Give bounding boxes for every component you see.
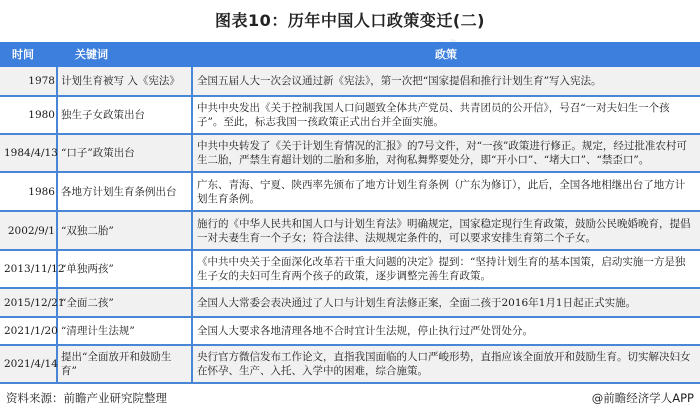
cell-policy: 施行的《中华人民共和国人口与计划生育法》明确规定，国家稳定现行生育政策，鼓励公民… (192, 211, 700, 250)
header-keyword: 关键词 (57, 42, 192, 67)
credit-note: @前瞻经济学人APP (592, 390, 694, 406)
cell-time: 2013/11/12 (0, 250, 57, 288)
cell-keyword: “双独二胎” (57, 211, 192, 250)
cell-policy: 《中共中央关于全面深化改革若干重大问题的决定》提到：“坚持计划生育的基本国策，启… (192, 250, 700, 288)
source-note: 资料来源：前瞻产业研究院整理 (6, 390, 167, 406)
cell-time: 2015/12/21 (0, 288, 57, 317)
table-row: 1986 各地方计划生育条例出台 广东、青海、宁夏、陕西率先颁布了地方计划生育条… (0, 172, 700, 211)
cell-time: 2002/9/1 (0, 211, 57, 250)
cell-keyword: 各地方计划生育条例出台 (57, 172, 192, 211)
policy-table: 时间 关键词 政策 1978 计划生育被写 入《宪法》 全国五届人大一次会议通过… (0, 42, 700, 384)
cell-time: 2021/1/20 (0, 317, 57, 345)
table-row: 2021/4/14 提出“全面放开和鼓励生育” 央行官方微信发布工作论文，直指我… (0, 345, 700, 383)
table-row: 2002/9/1 “双独二胎” 施行的《中华人民共和国人口与计划生育法》明确规定… (0, 211, 700, 250)
cell-keyword: 计划生育被写 入《宪法》 (57, 67, 192, 96)
header-policy: 政策 (192, 42, 700, 67)
cell-keyword: 提出“全面放开和鼓励生育” (57, 345, 192, 383)
cell-policy: 中共中央发出《关于控制我国人口问题致全体共产党员、共青团员的公开信》，号召“一对… (192, 96, 700, 134)
header-time: 时间 (0, 42, 57, 67)
cell-time: 2021/4/14 (0, 345, 57, 383)
table-row: 1984/4/13 “口子”政策出台 中共中央转发了《关于计划生育情况的汇报》的… (0, 134, 700, 172)
table-row: 1978 计划生育被写 入《宪法》 全国五届人大一次会议通过新《宪法》，第一次把… (0, 67, 700, 96)
table-header-row: 时间 关键词 政策 (0, 42, 700, 67)
cell-time: 1986 (0, 172, 57, 211)
table-row: 2015/12/21 “全面二孩” 全国人大常委会表决通过了人口与计划生育法修正… (0, 288, 700, 317)
cell-policy: 全国人大要求各地清理各地不合时宜计生法规，停止执行过严处罚处分。 (192, 317, 700, 345)
chart-title: 图表10：历年中国人口政策变迁(二) (0, 8, 700, 31)
cell-time: 1978 (0, 67, 57, 96)
table-row: 1980 独生子女政策出台 中共中央发出《关于控制我国人口问题致全体共产党员、共… (0, 96, 700, 134)
cell-policy: 全国五届人大一次会议通过新《宪法》，第一次把“国家提倡和推行计划生育”写入宪法。 (192, 67, 700, 96)
cell-policy: 全国人大常委会表决通过了人口与计划生育法修正案，全面二孩于2016年1月1日起正… (192, 288, 700, 317)
cell-keyword: “清理计生法规” (57, 317, 192, 345)
cell-time: 1980 (0, 96, 57, 134)
cell-keyword: “单独两孩” (57, 250, 192, 288)
cell-keyword: 独生子女政策出台 (57, 96, 192, 134)
table-row: 2021/1/20 “清理计生法规” 全国人大要求各地清理各地不合时宜计生法规，… (0, 317, 700, 345)
table-row: 2013/11/12 “单独两孩” 《中共中央关于全面深化改革若干重大问题的决定… (0, 250, 700, 288)
cell-policy: 央行官方微信发布工作论文，直指我国面临的人口严峻形势，直指应该全面放开和鼓励生育… (192, 345, 700, 383)
cell-keyword: “口子”政策出台 (57, 134, 192, 172)
cell-policy: 广东、青海、宁夏、陕西率先颁布了地方计划生育条例（广东为修订），此后，全国各地相… (192, 172, 700, 211)
cell-time: 1984/4/13 (0, 134, 57, 172)
cell-policy: 中共中央转发了《关于计划生育情况的汇报》的7号文件，对“一孩”政策进行修正。规定… (192, 134, 700, 172)
cell-keyword: “全面二孩” (57, 288, 192, 317)
